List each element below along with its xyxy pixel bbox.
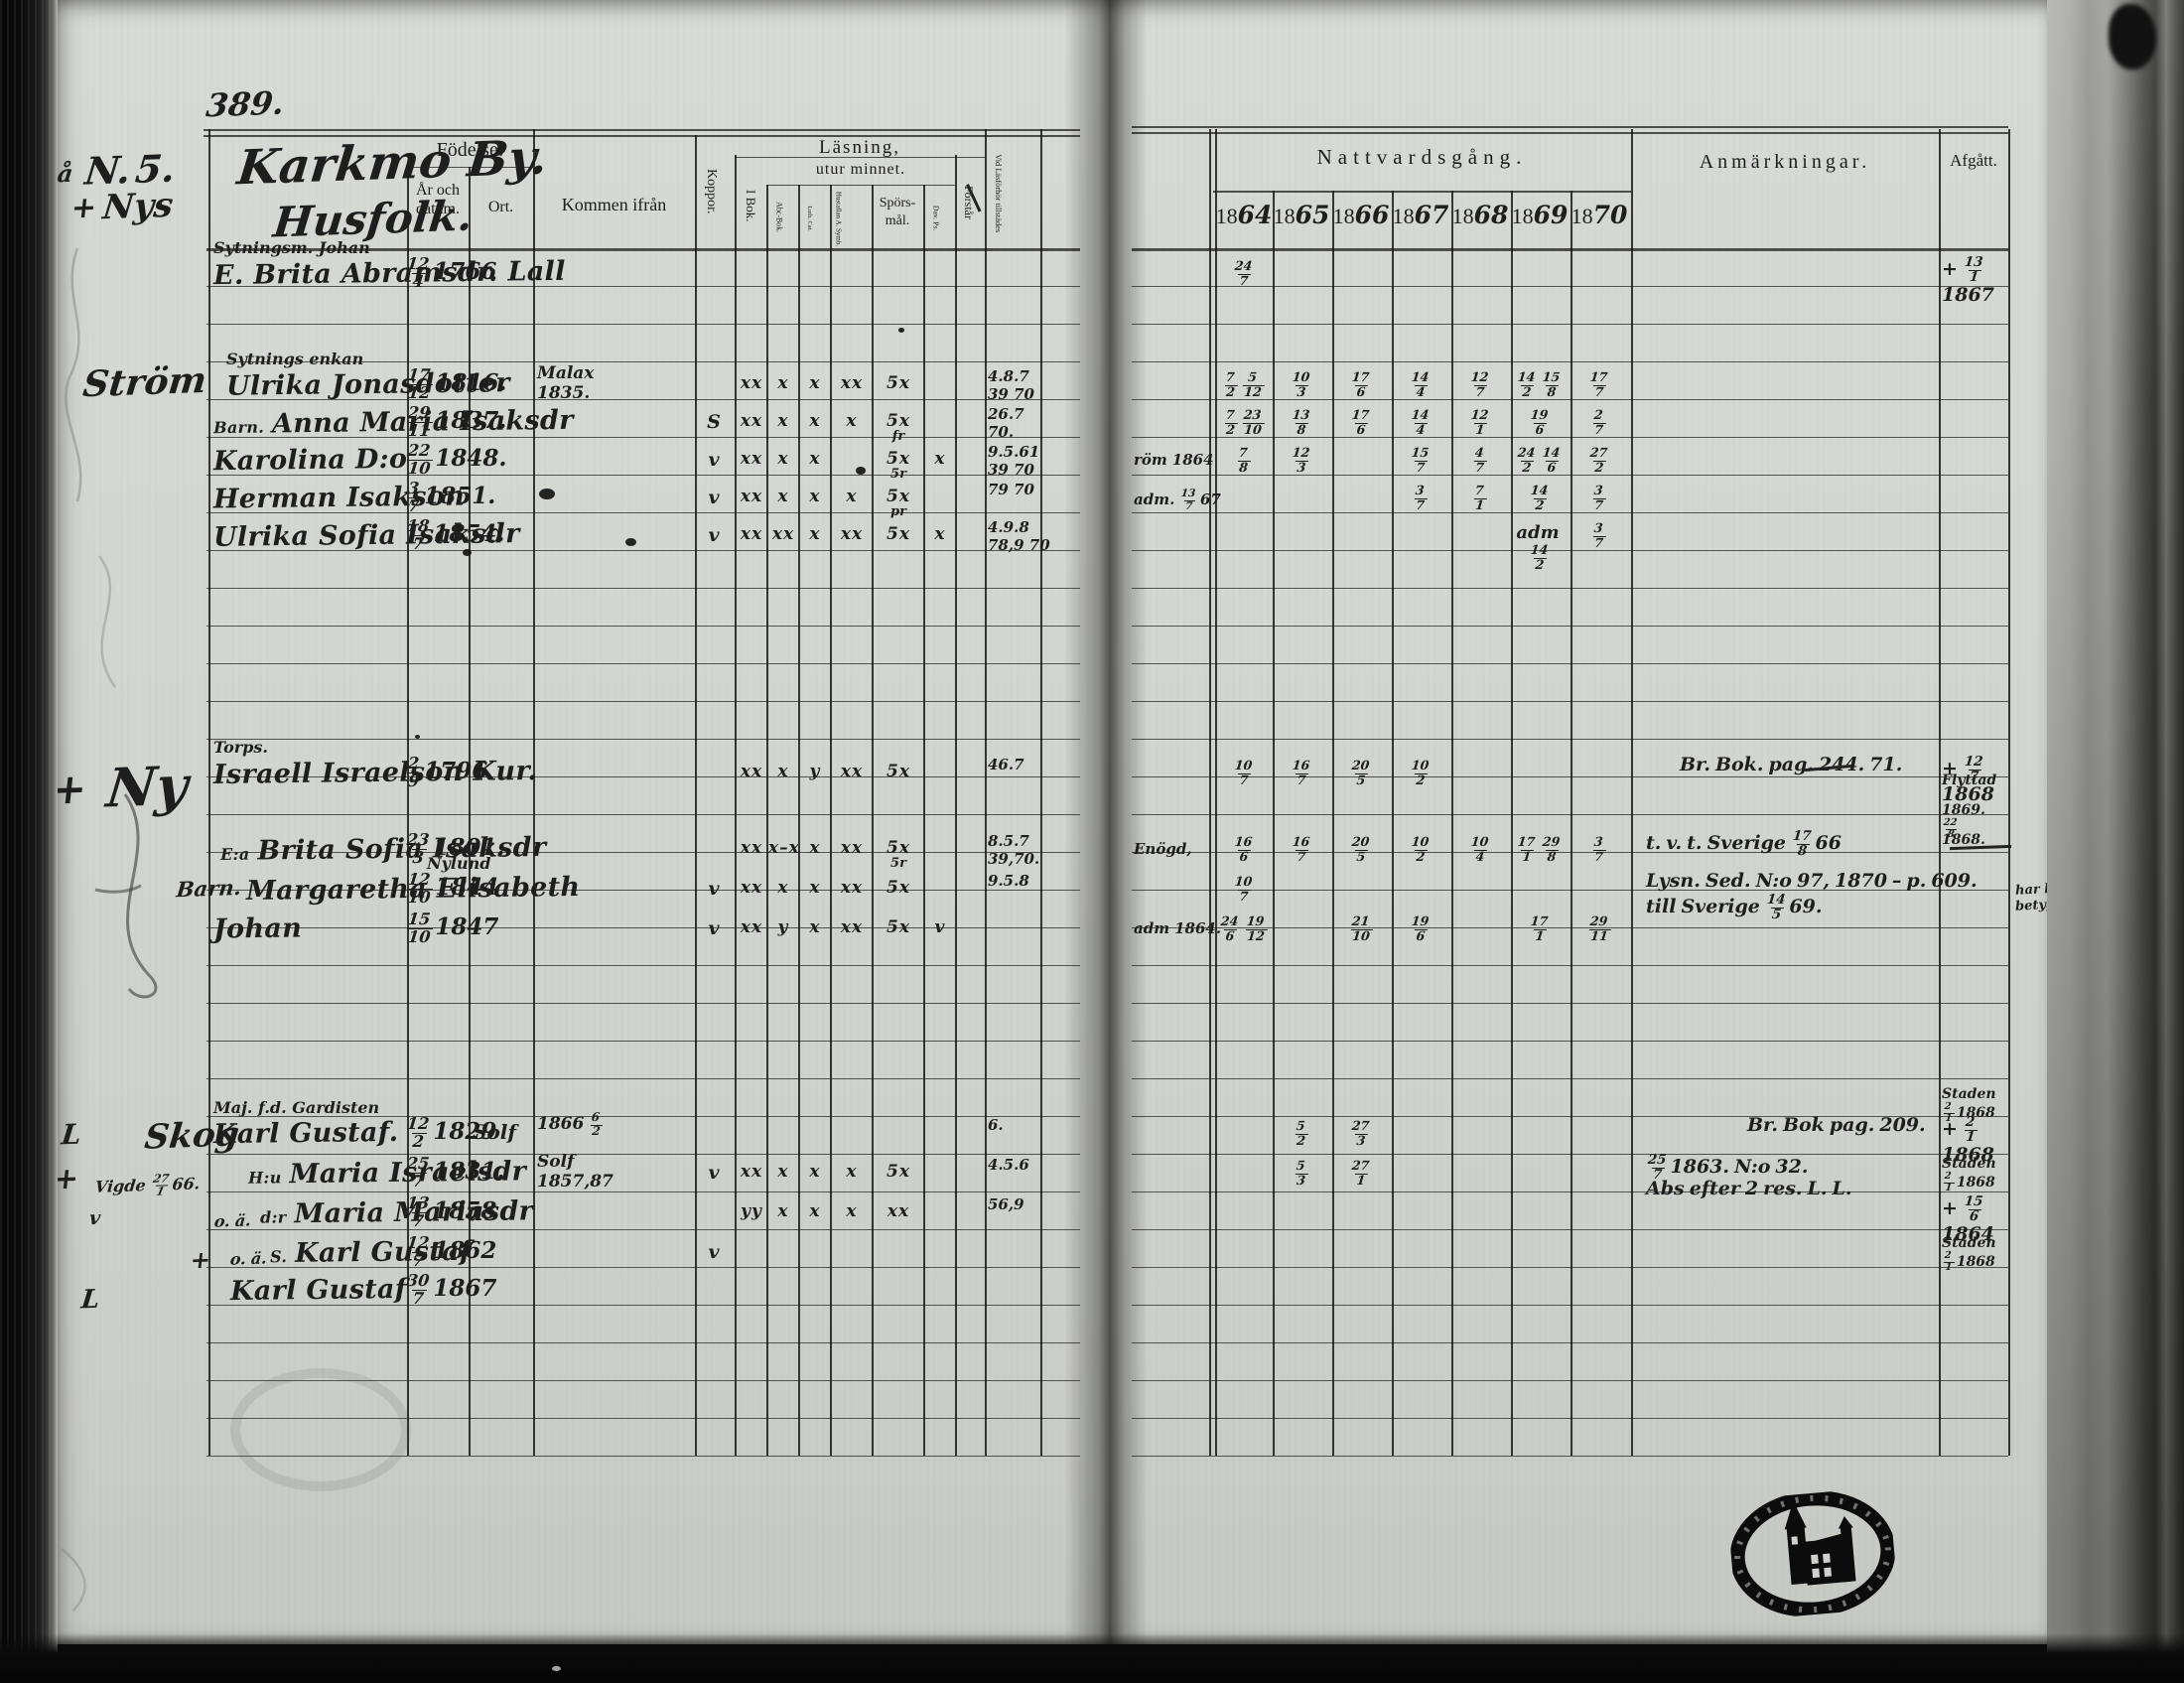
rule-horizontal (1213, 191, 1631, 193)
reading-mark-spors: xx (874, 1201, 923, 1221)
communion-1864: 166 (1216, 836, 1273, 863)
smallpox-mark: v (697, 524, 731, 546)
fraction-date: 307 (403, 1273, 431, 1307)
hand-text: 1866 (537, 1114, 584, 1134)
hand-text: Bok (1783, 1114, 1825, 1136)
hand-text: Sverige (1681, 896, 1759, 917)
year-1869: 1869 (1511, 201, 1569, 229)
hand-text: o. (229, 1249, 247, 1269)
examination-attendance: 4.9.8 (988, 518, 1029, 536)
rule-horizontal (1132, 126, 2008, 128)
communion-1865: 167 (1274, 760, 1330, 786)
fraction-date: 273 (1348, 1120, 1370, 1147)
fraction-date: 78 (1235, 447, 1251, 474)
came-from: 1835. (537, 383, 595, 403)
fraction-date: 103 (1289, 371, 1310, 398)
rule-vertical (1215, 129, 1217, 1456)
fraction-date: 21 (1961, 1116, 1977, 1145)
examination-attendance: 4.8.7 (988, 367, 1029, 385)
reading-mark-ibok: xx (737, 487, 766, 506)
communion-1867: 144 (1393, 371, 1449, 398)
margin-note: Skog (143, 1114, 246, 1157)
smallpox-mark: v (697, 1241, 731, 1263)
communion-1867: 144 (1393, 409, 1449, 436)
person-name: Johan (213, 912, 302, 944)
communion-1870: 177 (1571, 371, 1628, 398)
examination-attendance: 39 70 (988, 385, 1034, 403)
reading-mark-spors: 5x (874, 917, 923, 937)
rule-horizontal (206, 739, 1080, 740)
hand-text: 66. (172, 1174, 202, 1193)
header-present-at-examination: Vid Läsförhör tillstädes (993, 139, 1035, 247)
fraction-date: 2210 (403, 443, 433, 477)
fraction-date: 37 (403, 481, 422, 514)
reading-mark-abc: x (768, 373, 798, 393)
hand-text: 1862 (433, 1237, 496, 1264)
communion-1869: 142 (1512, 485, 1569, 511)
hand-text: Staden (1942, 1156, 1996, 1172)
communion-1864: 2461912 (1216, 915, 1273, 942)
smallpox-mark: v (697, 487, 731, 508)
communion-1867: 37 (1393, 485, 1449, 511)
remark-line: Lysn.Sed.N:o97,1870–p.609. (1646, 870, 1982, 892)
remark-line: tillSverige14569. (1646, 894, 1827, 922)
birth-date: 1871854. (405, 518, 509, 552)
rule-horizontal (206, 814, 1080, 815)
birth-date: 1241766 (405, 256, 501, 290)
year-printed-prefix: 18 (1393, 204, 1415, 228)
scanner-background (0, 1633, 2184, 1683)
ink-blot (625, 538, 636, 546)
communion-1864: 72512 (1216, 371, 1273, 398)
hand-text: Staden (1942, 1086, 1996, 1102)
fraction-date: 144 (1408, 371, 1430, 398)
remark-line: Br.Bokpag.209. (1747, 1114, 1931, 1136)
hand-text: 69. (1789, 896, 1822, 917)
came-from: Malax (537, 363, 599, 383)
came-from: 186662 (537, 1112, 606, 1138)
reading-mark-symb: x (832, 1201, 872, 1221)
year-printed-prefix: 18 (1512, 204, 1534, 228)
hand-text: Ström (81, 359, 209, 405)
hand-text: pag. (1830, 1114, 1875, 1136)
ink-blot (415, 735, 420, 739)
fraction-date: 246 (1218, 915, 1240, 942)
year-hand-digits: 65 (1296, 201, 1330, 229)
header-luther-catechism: Luth. Cat. (806, 187, 821, 250)
rule-vertical (533, 129, 535, 1456)
hand-text: 1835. (537, 383, 590, 403)
birth-date: 371851. (405, 481, 500, 514)
reading-mark-ibok: xx (737, 373, 766, 393)
communion-1867: 196 (1393, 915, 1449, 942)
reading-mark-symb: x (832, 487, 872, 506)
communion-1865: 103 (1274, 371, 1330, 398)
fraction-date: 271 (148, 1173, 171, 1197)
fraction-date: 205 (1348, 836, 1370, 863)
year-1867: 1867 (1392, 201, 1449, 229)
hand-text: till (1646, 896, 1676, 917)
communion-1866: 176 (1333, 371, 1390, 398)
hand-text: ä. (250, 1248, 268, 1268)
communion-1867: 102 (1393, 760, 1449, 786)
reading-mark-luth: x (800, 1201, 830, 1221)
rule-horizontal (204, 129, 1080, 131)
hand-text: 1870 (1835, 870, 1887, 892)
fraction-date: 166 (1231, 836, 1253, 863)
hand-text: 1851. (424, 483, 495, 509)
header-by-heart: utur minnet. (766, 161, 955, 179)
margin-note: o.ä. (229, 1248, 273, 1268)
hand-text: Flyttad (1942, 772, 1996, 788)
reading-mark-ibok: xx (737, 878, 766, 898)
reading-mark-abc: x (768, 1162, 798, 1182)
margin-note: + (69, 190, 103, 225)
fraction-date: 123 (1289, 447, 1310, 474)
birth-date: 1271862 (405, 1235, 501, 1269)
name-text: Johan (213, 912, 302, 944)
year-printed-prefix: 18 (1216, 204, 1238, 228)
fraction-date: 102 (1408, 760, 1430, 786)
rule-vertical (1209, 129, 1211, 1456)
reading-mark-spors2: fr (874, 429, 923, 444)
communion-1866: 271 (1333, 1160, 1390, 1187)
communion-1866: 273 (1333, 1120, 1390, 1147)
hand-text: Sverige (1707, 832, 1786, 854)
birth-date: 3071867 (405, 1273, 501, 1307)
fraction-date: 176 (1348, 409, 1370, 436)
header-remarks: Anmärkningar. (1631, 151, 1939, 174)
fraction-date: 157 (1408, 447, 1430, 474)
fraction-date: 131 (1961, 256, 1984, 285)
scanned-parish-register-spread: Födelse: År och datum. Ort. Kommen ifrån… (0, 0, 2184, 1683)
margin-note: Barn. (176, 875, 248, 902)
smallpox-mark: v (697, 917, 731, 939)
hand-text: + (1942, 258, 1958, 280)
fraction-date: 171 (1515, 836, 1537, 863)
fraction-date: 176 (1348, 371, 1370, 398)
parish-church-stamp-icon (1726, 1486, 1899, 1621)
fraction-date: 127 (403, 1235, 431, 1269)
fraction-date: 146 (1540, 447, 1562, 474)
hand-text: 66 (1816, 832, 1842, 854)
hand-text: 1868 (1957, 1175, 1995, 1191)
communion-1870: 37 (1571, 485, 1628, 511)
hand-text: 1868 (1957, 1254, 1995, 1270)
rule-horizontal (206, 1229, 1080, 1230)
hand-text: + (1942, 1118, 1958, 1140)
birth-date: 17121816. (405, 367, 511, 401)
reading-mark-luth: x (800, 524, 830, 544)
hand-text: 1847 (435, 913, 498, 940)
fraction-date: 2911 (1585, 915, 1609, 942)
reading-mark-dav: x (925, 524, 955, 544)
communion-1866: 176 (1333, 409, 1390, 436)
hand-text: 1863. (1671, 1156, 1730, 1178)
header-understands: Förstår (961, 159, 983, 246)
hand-text: Skog (143, 1114, 241, 1157)
fraction-date: 171 (1527, 915, 1549, 942)
hand-text: 67 (1200, 491, 1221, 508)
hand-text: Nys (101, 186, 176, 227)
margin-note: å (56, 159, 79, 189)
fraction-date: 257 (403, 1156, 431, 1190)
communion-1870: 272 (1571, 447, 1628, 474)
occupation-note: Sytnings enkan (226, 350, 363, 368)
year-printed-prefix: 18 (1333, 204, 1355, 228)
hand-text: res. (1763, 1178, 1802, 1199)
scan-artifact (2109, 4, 2156, 70)
hand-text: efter (1690, 1178, 1740, 1199)
reading-mark-dav: x (925, 449, 955, 469)
hand-text: å (56, 159, 74, 189)
communion-1864: 78 (1216, 447, 1273, 474)
reading-mark-symb: x (832, 1162, 872, 1182)
header-came-from: Kommen ifrån (535, 195, 693, 215)
year-1868: 1868 (1451, 201, 1509, 229)
communion-1867: 102 (1393, 836, 1449, 863)
year-hand-digits: 64 (1238, 201, 1273, 229)
reading-mark-abc: xx (768, 524, 798, 544)
hand-text: Bok. (1715, 754, 1764, 775)
hand-text: Ny (103, 754, 191, 820)
communion-1870: 37 (1571, 522, 1628, 549)
communion-1865: 138 (1274, 409, 1330, 436)
rule-horizontal (766, 185, 955, 186)
fraction-date: 196 (1527, 409, 1549, 436)
fraction-date: 71 (1471, 485, 1487, 511)
hand-text: Solf (537, 1152, 574, 1172)
margin-note: v (88, 1207, 106, 1230)
fraction-date: 72 (1221, 409, 1237, 436)
page-stack-edge (2047, 0, 2184, 1683)
came-from: Solf (537, 1152, 579, 1172)
examination-attendance: 79 70 (988, 481, 1034, 498)
hand-text: 1837. (435, 407, 506, 434)
fraction-date: 298 (1540, 836, 1562, 863)
fraction-date: 196 (1408, 915, 1430, 942)
communion-1868: 121 (1452, 409, 1509, 436)
fraction-date: 178 (1790, 830, 1814, 859)
rule-vertical (985, 129, 987, 1456)
fraction-date: 37 (1412, 485, 1428, 511)
ink-blot (463, 549, 472, 556)
header-smallpox: Koppor. (703, 139, 729, 244)
reading-mark-ibok: xx (737, 524, 766, 544)
margin-note: Nys (101, 186, 181, 228)
person-name: Karolina D:o (213, 444, 408, 477)
fraction-date: 72 (1221, 371, 1237, 398)
communion-1868: 104 (1452, 836, 1509, 863)
reading-mark-abc: x (768, 411, 798, 431)
fraction-date: 37 (1590, 836, 1606, 863)
fraction-date: 137 (403, 1195, 431, 1229)
hand-text: Malax (537, 363, 594, 383)
margin-note: L (79, 1285, 106, 1316)
ink-blot (898, 328, 904, 333)
hand-text: pag. (1768, 754, 1814, 775)
remark-line: t.v.t.Sverige17866 (1646, 830, 1846, 859)
examination-attendance: 39 70 (988, 461, 1034, 479)
communion-1865: 53 (1274, 1160, 1330, 1187)
hand-text: 1869. (1942, 802, 1985, 818)
name-prefix: d:r (260, 1207, 287, 1226)
hand-text: Br. (1680, 754, 1710, 775)
hand-text: L (60, 1118, 82, 1152)
person-name: Barn.Anna Maria Isaksdr (213, 405, 574, 440)
fraction-date: 21 (1941, 1251, 1954, 1273)
came-from: 1857,87 (537, 1172, 618, 1192)
communion-1864: 107 (1216, 760, 1273, 786)
birth-place: Solf (473, 1120, 516, 1144)
hand-text: 1867 (433, 1275, 496, 1302)
hand-text: 1816. (435, 369, 506, 396)
remark-line: Absefter2res.L.L. (1646, 1178, 1857, 1199)
departed-entry: Staden211868 (1942, 1156, 2007, 1193)
rule-horizontal (206, 1154, 1080, 1155)
hand-text: + (69, 191, 98, 226)
margin-note: Ström (81, 359, 214, 405)
hand-text: 1864 (1172, 451, 1214, 469)
occupation-note: Nylund (427, 854, 490, 873)
reading-mark-luth: y (800, 762, 830, 781)
person-name: E. Brita Abramsdr. Lall (213, 256, 566, 291)
margin-note: Ny (103, 754, 196, 820)
fraction-date: 107 (1231, 760, 1253, 786)
year-1866: 1866 (1332, 201, 1390, 229)
reading-mark-symb: xx (832, 878, 872, 898)
rule-vertical (735, 155, 737, 1456)
hand-text: o. (213, 1211, 231, 1231)
hand-text: Br. (1747, 1114, 1778, 1136)
year-printed-prefix: 18 (1571, 204, 1593, 228)
reading-mark-abc: x–x (768, 838, 798, 858)
reading-mark-spors: 5x (874, 524, 923, 544)
dust-speck (552, 1666, 561, 1671)
communion-1870: 27 (1571, 409, 1628, 436)
year-1864: 1864 (1215, 201, 1273, 229)
fraction-date: 104 (1467, 836, 1489, 863)
communion-1869: 171 (1512, 915, 1569, 942)
rule-vertical (923, 185, 925, 1456)
year-hand-digits: 67 (1415, 201, 1449, 229)
book-spine-edge (0, 0, 58, 1683)
reading-mark-symb: xx (832, 917, 872, 937)
header-house-table-symbols: Hustaflan A. Symb. (834, 187, 861, 250)
fraction-date: 1210 (403, 872, 433, 906)
examination-attendance: 78,9 70 (988, 536, 1050, 554)
header-in-book: I Bok. (743, 165, 766, 246)
hand-text: 1857,87 (537, 1172, 614, 1192)
hand-text: v (88, 1207, 101, 1229)
fraction-date: 21 (1941, 1172, 1954, 1193)
reading-mark-ibok: xx (737, 411, 766, 431)
rule-horizontal (206, 588, 1080, 589)
reading-mark-luth: x (800, 878, 830, 898)
hand-text: 5. (133, 146, 178, 192)
remark-line: Br.Bok.pag.244.71. (1680, 754, 1907, 775)
rule-vertical (1040, 129, 1042, 1456)
hand-text: 1867 (1942, 284, 1994, 306)
examination-attendance: 70. (988, 423, 1014, 441)
communion-1865: 52 (1274, 1120, 1330, 1147)
fraction-date: 156 (1961, 1195, 1984, 1224)
communion-1868: 47 (1452, 447, 1509, 474)
reading-mark-spors: 5x (874, 838, 923, 858)
hand-text: 1831. (433, 1158, 504, 1185)
fraction-date: 138 (1289, 409, 1310, 436)
rule-horizontal (1132, 132, 2008, 134)
reading-mark-abc: x (768, 1201, 798, 1221)
name-prefix: E:a (220, 845, 250, 864)
fraction-date: 1712 (403, 367, 433, 401)
birth-date: 12101844 (405, 872, 503, 906)
hand-text: v. (1666, 832, 1682, 854)
reading-mark-luth: x (800, 411, 830, 431)
reading-mark-ibok: xx (737, 838, 766, 858)
header-birth-place: Ort. (471, 199, 531, 216)
margin-note: Vigde27166. (93, 1172, 205, 1199)
reading-mark-abc: x (768, 762, 798, 781)
fraction-date: 29 (403, 756, 422, 789)
year-hand-digits: 69 (1534, 201, 1569, 229)
header-communion: Nattvardsgång. (1213, 145, 1631, 170)
smallpox-mark: S (697, 411, 731, 433)
fraction-date: 52 (1293, 1120, 1308, 1147)
communion-1869: 171298 (1512, 836, 1569, 863)
hand-text: L (79, 1285, 101, 1316)
reading-mark-ibok: xx (737, 449, 766, 469)
reading-mark-luth: x (800, 917, 830, 937)
communion-1870: 37 (1571, 836, 1628, 863)
hand-text: + (1942, 1197, 1958, 1219)
reading-mark-abc: x (768, 878, 798, 898)
hand-text: 1796 (424, 758, 487, 784)
fraction-date: 124 (403, 256, 431, 290)
hand-text: 1854. (433, 520, 504, 547)
fraction-date: 145 (1763, 894, 1787, 922)
hand-text: 1844 (435, 874, 498, 901)
communion-1868: 127 (1452, 371, 1509, 398)
hand-text: ä. (234, 1210, 252, 1230)
name-prefix: Barn. (213, 418, 264, 438)
rule-horizontal (206, 324, 1080, 325)
fraction-date: 1510 (403, 912, 433, 945)
year-hand-digits: 66 (1355, 201, 1390, 229)
hand-text: 71. (1869, 754, 1902, 775)
hand-text: 97, (1797, 870, 1830, 892)
reading-mark-dav: v (925, 917, 955, 937)
reading-mark-spors2: 5r (874, 856, 923, 871)
fraction-date: 271 (1348, 1160, 1370, 1187)
communion-1869: 142158 (1512, 371, 1569, 398)
occupation-note: Torps. (213, 738, 268, 757)
reading-mark-ibok: yy (737, 1201, 766, 1221)
rule-vertical (1939, 129, 1941, 1456)
reading-mark-spors: 5x (874, 449, 923, 469)
rule-horizontal (206, 663, 1080, 664)
hand-text: Abs (1646, 1178, 1685, 1199)
hand-text: 209. (1879, 1114, 1925, 1136)
examination-attendance: 8.5.7 (988, 832, 1029, 850)
rule-horizontal (206, 965, 1080, 966)
communion-1866: 205 (1333, 760, 1390, 786)
reading-mark-spors2: 5r (874, 467, 923, 482)
communion-1866: 205 (1333, 836, 1390, 863)
departed-entry: Staden211868 (1942, 1235, 2007, 1273)
rule-vertical (1631, 129, 1633, 1456)
margin-note: L (60, 1118, 87, 1152)
